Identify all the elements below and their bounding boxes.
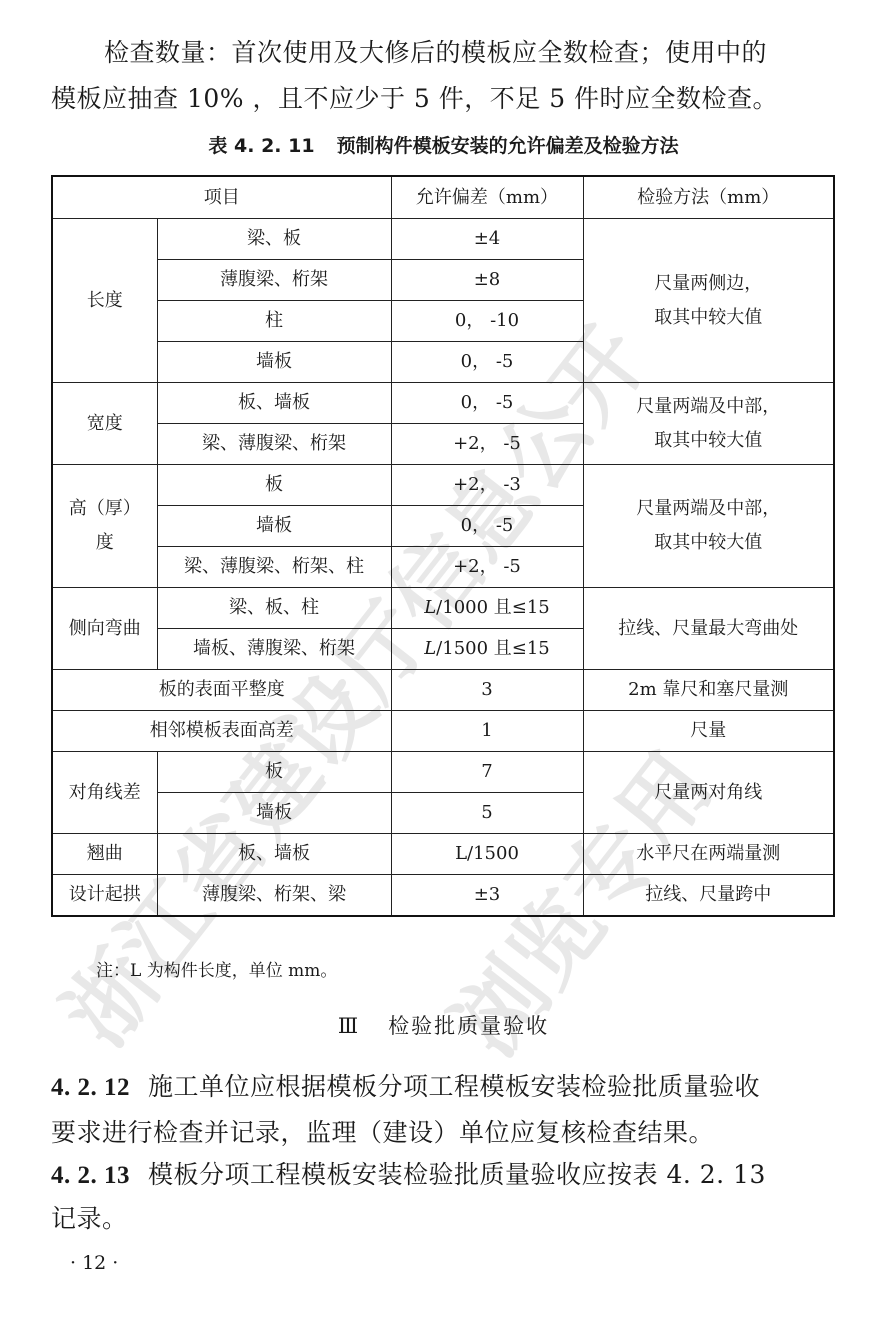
row-tolerance: ±3 <box>391 875 583 917</box>
method-lateral: 拉线、尺量最大弯曲处 <box>583 588 834 670</box>
row-item: 板、墙板 <box>157 834 391 875</box>
group-label-warp: 翘曲 <box>52 834 157 875</box>
row-item: 柱 <box>157 301 391 342</box>
group-label-length: 长度 <box>52 219 157 383</box>
row-item: 板 <box>157 465 391 506</box>
table-number: 表 4. 2. 11 <box>208 135 314 157</box>
method-line: 尺量两端及中部， <box>584 390 834 424</box>
clause-text: 施工单位应根据模板分项工程模板安装检验批质量验收 <box>148 1072 760 1101</box>
row-tolerance: 0， -5 <box>391 383 583 424</box>
section-title: 检验批质量验收 <box>388 1014 549 1038</box>
table-row: 高（厚） 度 板 +2， -3 尺量两端及中部， 取其中较大值 <box>52 465 834 506</box>
method-warp: 水平尺在两端量测 <box>583 834 834 875</box>
method-line: 取其中较大值 <box>584 526 834 560</box>
row-tolerance: L/1500 且≤15 <box>391 629 583 670</box>
row-tolerance: 0， -10 <box>391 301 583 342</box>
section-roman-numeral: Ⅲ <box>338 1014 360 1038</box>
clause-number: 4. 2. 13 <box>51 1162 130 1189</box>
row-tolerance: 0， -5 <box>391 506 583 547</box>
group-label-camber: 设计起拱 <box>52 875 157 917</box>
group-label-height: 高（厚） 度 <box>52 465 157 588</box>
row-item: 墙板 <box>157 342 391 383</box>
row-item: 墙板、薄腹梁、桁架 <box>157 629 391 670</box>
header-method: 检验方法（mm） <box>583 176 834 219</box>
group-label-flatness: 板的表面平整度 <box>52 670 391 711</box>
row-tolerance: 7 <box>391 752 583 793</box>
row-item: 薄腹梁、桁架、梁 <box>157 875 391 917</box>
row-tolerance: 1 <box>391 711 583 752</box>
clause-number: 4. 2. 12 <box>51 1074 130 1101</box>
tolerance-value: /1000 且≤15 <box>436 597 550 618</box>
group-label-adjacent: 相邻模板表面高差 <box>52 711 391 752</box>
row-item: 梁、板 <box>157 219 391 260</box>
row-item: 墙板 <box>157 793 391 834</box>
header-tolerance: 允许偏差（mm） <box>391 176 583 219</box>
row-tolerance: 3 <box>391 670 583 711</box>
clause-4-2-12-line-1: 4. 2. 12施工单位应根据模板分项工程模板安装检验批质量验收 <box>51 1064 760 1111</box>
method-diagonal: 尺量两对角线 <box>583 752 834 834</box>
group-label-width: 宽度 <box>52 383 157 465</box>
clause-4-2-13-line-1: 4. 2. 13模板分项工程模板安装检验批质量验收应按表 4. 2. 13 <box>51 1152 766 1199</box>
tolerance-value: /1500 且≤15 <box>436 638 550 659</box>
method-flatness: 2m 靠尺和塞尺量测 <box>583 670 834 711</box>
row-item: 薄腹梁、桁架 <box>157 260 391 301</box>
method-line: 尺量两侧边， <box>584 267 834 301</box>
table-row: 翘曲 板、墙板 L/1500 水平尺在两端量测 <box>52 834 834 875</box>
method-line: 取其中较大值 <box>584 424 834 458</box>
table-row: 设计起拱 薄腹梁、桁架、梁 ±3 拉线、尺量跨中 <box>52 875 834 917</box>
table-row: 对角线差 板 7 尺量两对角线 <box>52 752 834 793</box>
row-item: 梁、板、柱 <box>157 588 391 629</box>
method-height: 尺量两端及中部， 取其中较大值 <box>583 465 834 588</box>
row-item: 梁、薄腹梁、桁架、柱 <box>157 547 391 588</box>
row-tolerance: +2， -3 <box>391 465 583 506</box>
table-row: 宽度 板、墙板 0， -5 尺量两端及中部， 取其中较大值 <box>52 383 834 424</box>
row-item: 墙板 <box>157 506 391 547</box>
clause-text: 模板分项工程模板安装检验批质量验收应按表 4. 2. 13 <box>148 1160 766 1189</box>
group-label-line: 高（厚） <box>53 492 157 526</box>
table-caption: 表 4. 2. 11预制构件模板安装的允许偏差及检验方法 <box>0 131 887 158</box>
method-length: 尺量两侧边， 取其中较大值 <box>583 219 834 383</box>
row-tolerance: ±4 <box>391 219 583 260</box>
row-tolerance: 5 <box>391 793 583 834</box>
row-tolerance: +2， -5 <box>391 547 583 588</box>
table-note: 注：L 为构件长度，单位 mm。 <box>96 956 337 981</box>
group-label-line: 度 <box>53 526 157 560</box>
row-item: 梁、薄腹梁、桁架 <box>157 424 391 465</box>
row-item: 板 <box>157 752 391 793</box>
table-title: 预制构件模板安装的允许偏差及检验方法 <box>337 135 679 157</box>
row-tolerance: ±8 <box>391 260 583 301</box>
group-label-diagonal: 对角线差 <box>52 752 157 834</box>
table-row: 相邻模板表面高差 1 尺量 <box>52 711 834 752</box>
group-label-lateral: 侧向弯曲 <box>52 588 157 670</box>
clause-4-2-12-line-2: 要求进行检查并记录，监理（建设）单位应复核检查结果。 <box>51 1110 714 1156</box>
tolerance-table: 项目 允许偏差（mm） 检验方法（mm） 长度 梁、板 ±4 尺量两侧边， 取其… <box>51 175 835 917</box>
table-row: 侧向弯曲 梁、板、柱 L/1000 且≤15 拉线、尺量最大弯曲处 <box>52 588 834 629</box>
section-heading: Ⅲ检验批质量验收 <box>0 1010 887 1040</box>
method-line: 取其中较大值 <box>584 301 834 335</box>
header-item: 项目 <box>52 176 391 219</box>
row-item: 板、墙板 <box>157 383 391 424</box>
row-tolerance: +2， -5 <box>391 424 583 465</box>
table-header-row: 项目 允许偏差（mm） 检验方法（mm） <box>52 176 834 219</box>
method-adjacent: 尺量 <box>583 711 834 752</box>
variable-L: L <box>424 597 436 618</box>
table-row: 长度 梁、板 ±4 尺量两侧边， 取其中较大值 <box>52 219 834 260</box>
method-line: 尺量两端及中部， <box>584 492 834 526</box>
intro-line-1: 检查数量：首次使用及大修后的模板应全数检查；使用中的 <box>104 30 767 76</box>
page-number: · 12 · <box>70 1252 118 1274</box>
variable-L: L <box>424 638 436 659</box>
row-tolerance: L/1000 且≤15 <box>391 588 583 629</box>
method-camber: 拉线、尺量跨中 <box>583 875 834 917</box>
table-row: 板的表面平整度 3 2m 靠尺和塞尺量测 <box>52 670 834 711</box>
intro-line-2: 模板应抽查 10% ，且不应少于 5 件，不足 5 件时应全数检查。 <box>51 76 778 122</box>
method-width: 尺量两端及中部， 取其中较大值 <box>583 383 834 465</box>
clause-4-2-13-line-2: 记录。 <box>51 1196 128 1242</box>
row-tolerance: 0， -5 <box>391 342 583 383</box>
row-tolerance: L/1500 <box>391 834 583 875</box>
